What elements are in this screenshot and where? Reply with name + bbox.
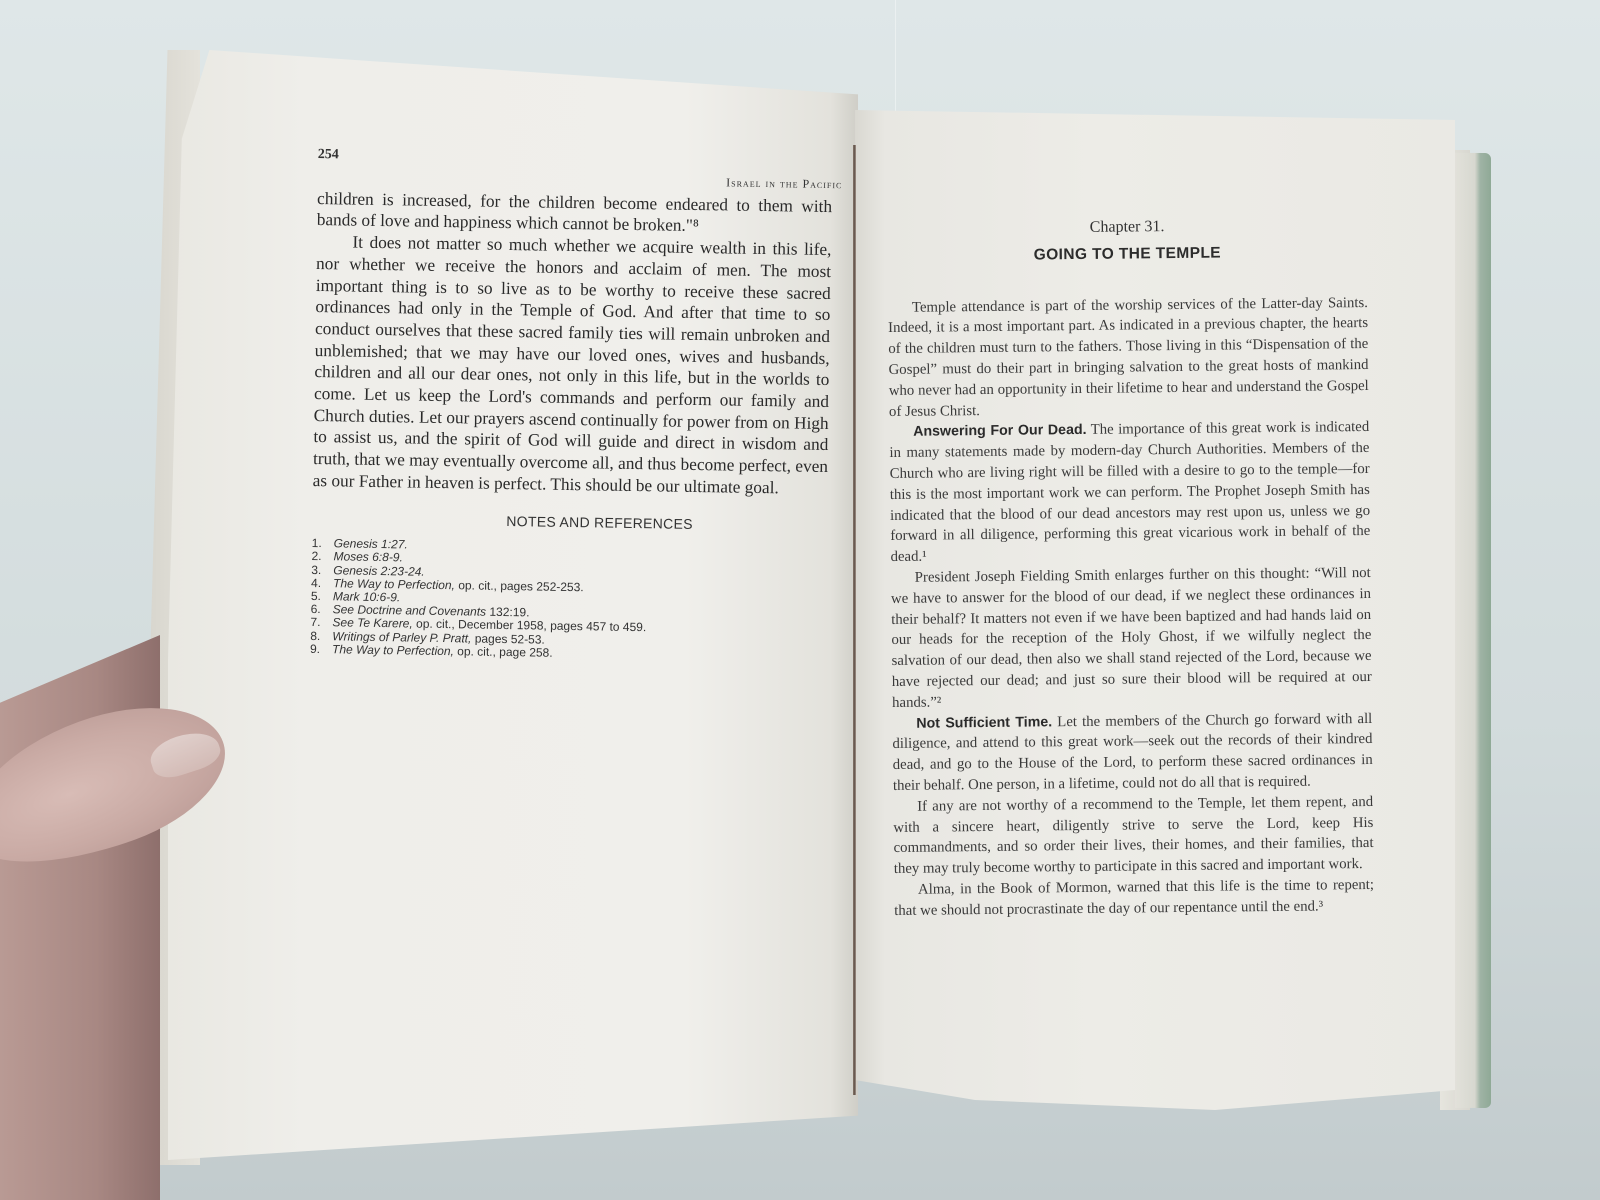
- chapter-title: GOING TO THE TEMPLE: [887, 242, 1367, 268]
- chapter-number: Chapter 31.: [887, 215, 1367, 241]
- paragraph: President Joseph Fielding Smith enlarges…: [891, 563, 1372, 714]
- section-heading: Answering For Our Dead.: [913, 422, 1086, 440]
- right-page-content: Chapter 31. GOING TO THE TEMPLE Temple a…: [887, 215, 1374, 921]
- paragraph: Answering For Our Dead. The importance o…: [889, 417, 1370, 568]
- left-body-text: children is increased, for the children …: [313, 188, 833, 500]
- paragraph: Not Sufficient Time. Let the members of …: [892, 708, 1373, 796]
- notes-list: 1.Genesis 1:27. 2.Moses 6:8-9. 3.Genesis…: [310, 537, 827, 664]
- book-back-cover: [1455, 153, 1491, 1108]
- section-heading: Not Sufficient Time.: [916, 714, 1052, 731]
- paragraph: Alma, in the Book of Mormon, warned that…: [894, 875, 1374, 922]
- paragraph: If any are not worthy of a recommend to …: [893, 792, 1374, 880]
- left-page-content: 254 Israel in the Pacific children is in…: [310, 144, 833, 664]
- notes-heading: NOTES AND REFERENCES: [372, 508, 827, 537]
- paragraph: It does not matter so much whether we ac…: [313, 231, 832, 499]
- running-head: Israel in the Pacific: [726, 172, 843, 196]
- book-gutter: [853, 145, 856, 1095]
- paragraph: Temple attendance is part of the worship…: [888, 293, 1369, 423]
